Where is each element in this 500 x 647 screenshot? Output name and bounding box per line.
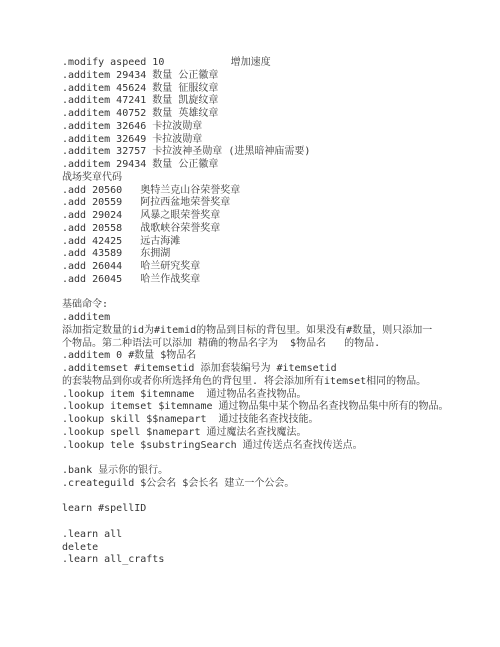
text-line: .add 29024 风暴之眼荣誉奖章 xyxy=(62,210,472,223)
text-line: 基础命令: xyxy=(62,299,472,312)
text-line: 战场奖章代码 xyxy=(62,172,472,185)
text-line: learn #spellID xyxy=(62,503,472,516)
text-line xyxy=(62,287,472,300)
text-line: .add 26045 哈兰作战奖章 xyxy=(62,274,472,287)
text-line: .additem 29434 数量 公正徽章 xyxy=(62,159,472,172)
text-line: .additem xyxy=(62,312,472,325)
text-line: .additem 40752 数量 英雄纹章 xyxy=(62,108,472,121)
text-line: .additemset #itemsetid 添加套装编号为 #itemseti… xyxy=(62,363,472,376)
text-line: 添加指定数量的id为#itemid的物品到目标的背包里。如果没有#数量，则只添加… xyxy=(62,325,472,338)
text-line: .lookup skill $$namepart 通过技能名查找技能。 xyxy=(62,414,472,427)
command-text-block: .modify aspeed 10 增加速度.additem 29434 数量 … xyxy=(62,57,472,567)
text-line xyxy=(62,491,472,504)
text-line: .learn all xyxy=(62,529,472,542)
text-line: .additem 45624 数量 征服纹章 xyxy=(62,83,472,96)
text-line: .additem 47241 数量 凯旋纹章 xyxy=(62,95,472,108)
text-line xyxy=(62,516,472,529)
text-line: .lookup spell $namepart 通过魔法名查找魔法。 xyxy=(62,427,472,440)
text-line: .additem 32757 卡拉波神圣勋章 (进黑暗神庙需要) xyxy=(62,146,472,159)
text-line: .additem 32646 卡拉波勋章 xyxy=(62,121,472,134)
text-line: .add 20559 阿拉西盆地荣誉奖章 xyxy=(62,197,472,210)
text-line: .modify aspeed 10 增加速度 xyxy=(62,57,472,70)
text-line: .additem 32649 卡拉波勋章 xyxy=(62,134,472,147)
text-line: .bank 显示你的银行。 xyxy=(62,465,472,478)
text-line: 个物品。第二种语法可以添加 精确的物品名字为 $物品名 的物品. xyxy=(62,338,472,351)
text-line: .add 43589 东拥湖 xyxy=(62,248,472,261)
text-line: .add 20560 奥特兰克山谷荣誉奖章 xyxy=(62,185,472,198)
text-line: .add 26044 哈兰研究奖章 xyxy=(62,261,472,274)
text-line: .lookup itemset $itemname 通过物品集中某个物品名查找物… xyxy=(62,401,472,414)
text-line: .lookup tele $substringSearch 通过传送点名查找传送… xyxy=(62,440,472,453)
text-line: 的套装物品到你或者你所选择角色的背包里. 将会添加所有itemset相同的物品。 xyxy=(62,376,472,389)
text-line: .createguild $公会名 $会长名 建立一个公会。 xyxy=(62,478,472,491)
text-line: .additem 0 #数量 $物品名 xyxy=(62,350,472,363)
text-line: .additem 29434 数量 公正徽章 xyxy=(62,70,472,83)
text-line: .add 42425 远古海滩 xyxy=(62,236,472,249)
text-line: .add 20558 战歌峡谷荣誉奖章 xyxy=(62,223,472,236)
text-line: delete xyxy=(62,542,472,555)
text-line: .lookup item $itemname 通过物品名查找物品。 xyxy=(62,389,472,402)
text-line: .learn all_crafts xyxy=(62,554,472,567)
text-line xyxy=(62,452,472,465)
document-page: .modify aspeed 10 增加速度.additem 29434 数量 … xyxy=(0,0,500,647)
